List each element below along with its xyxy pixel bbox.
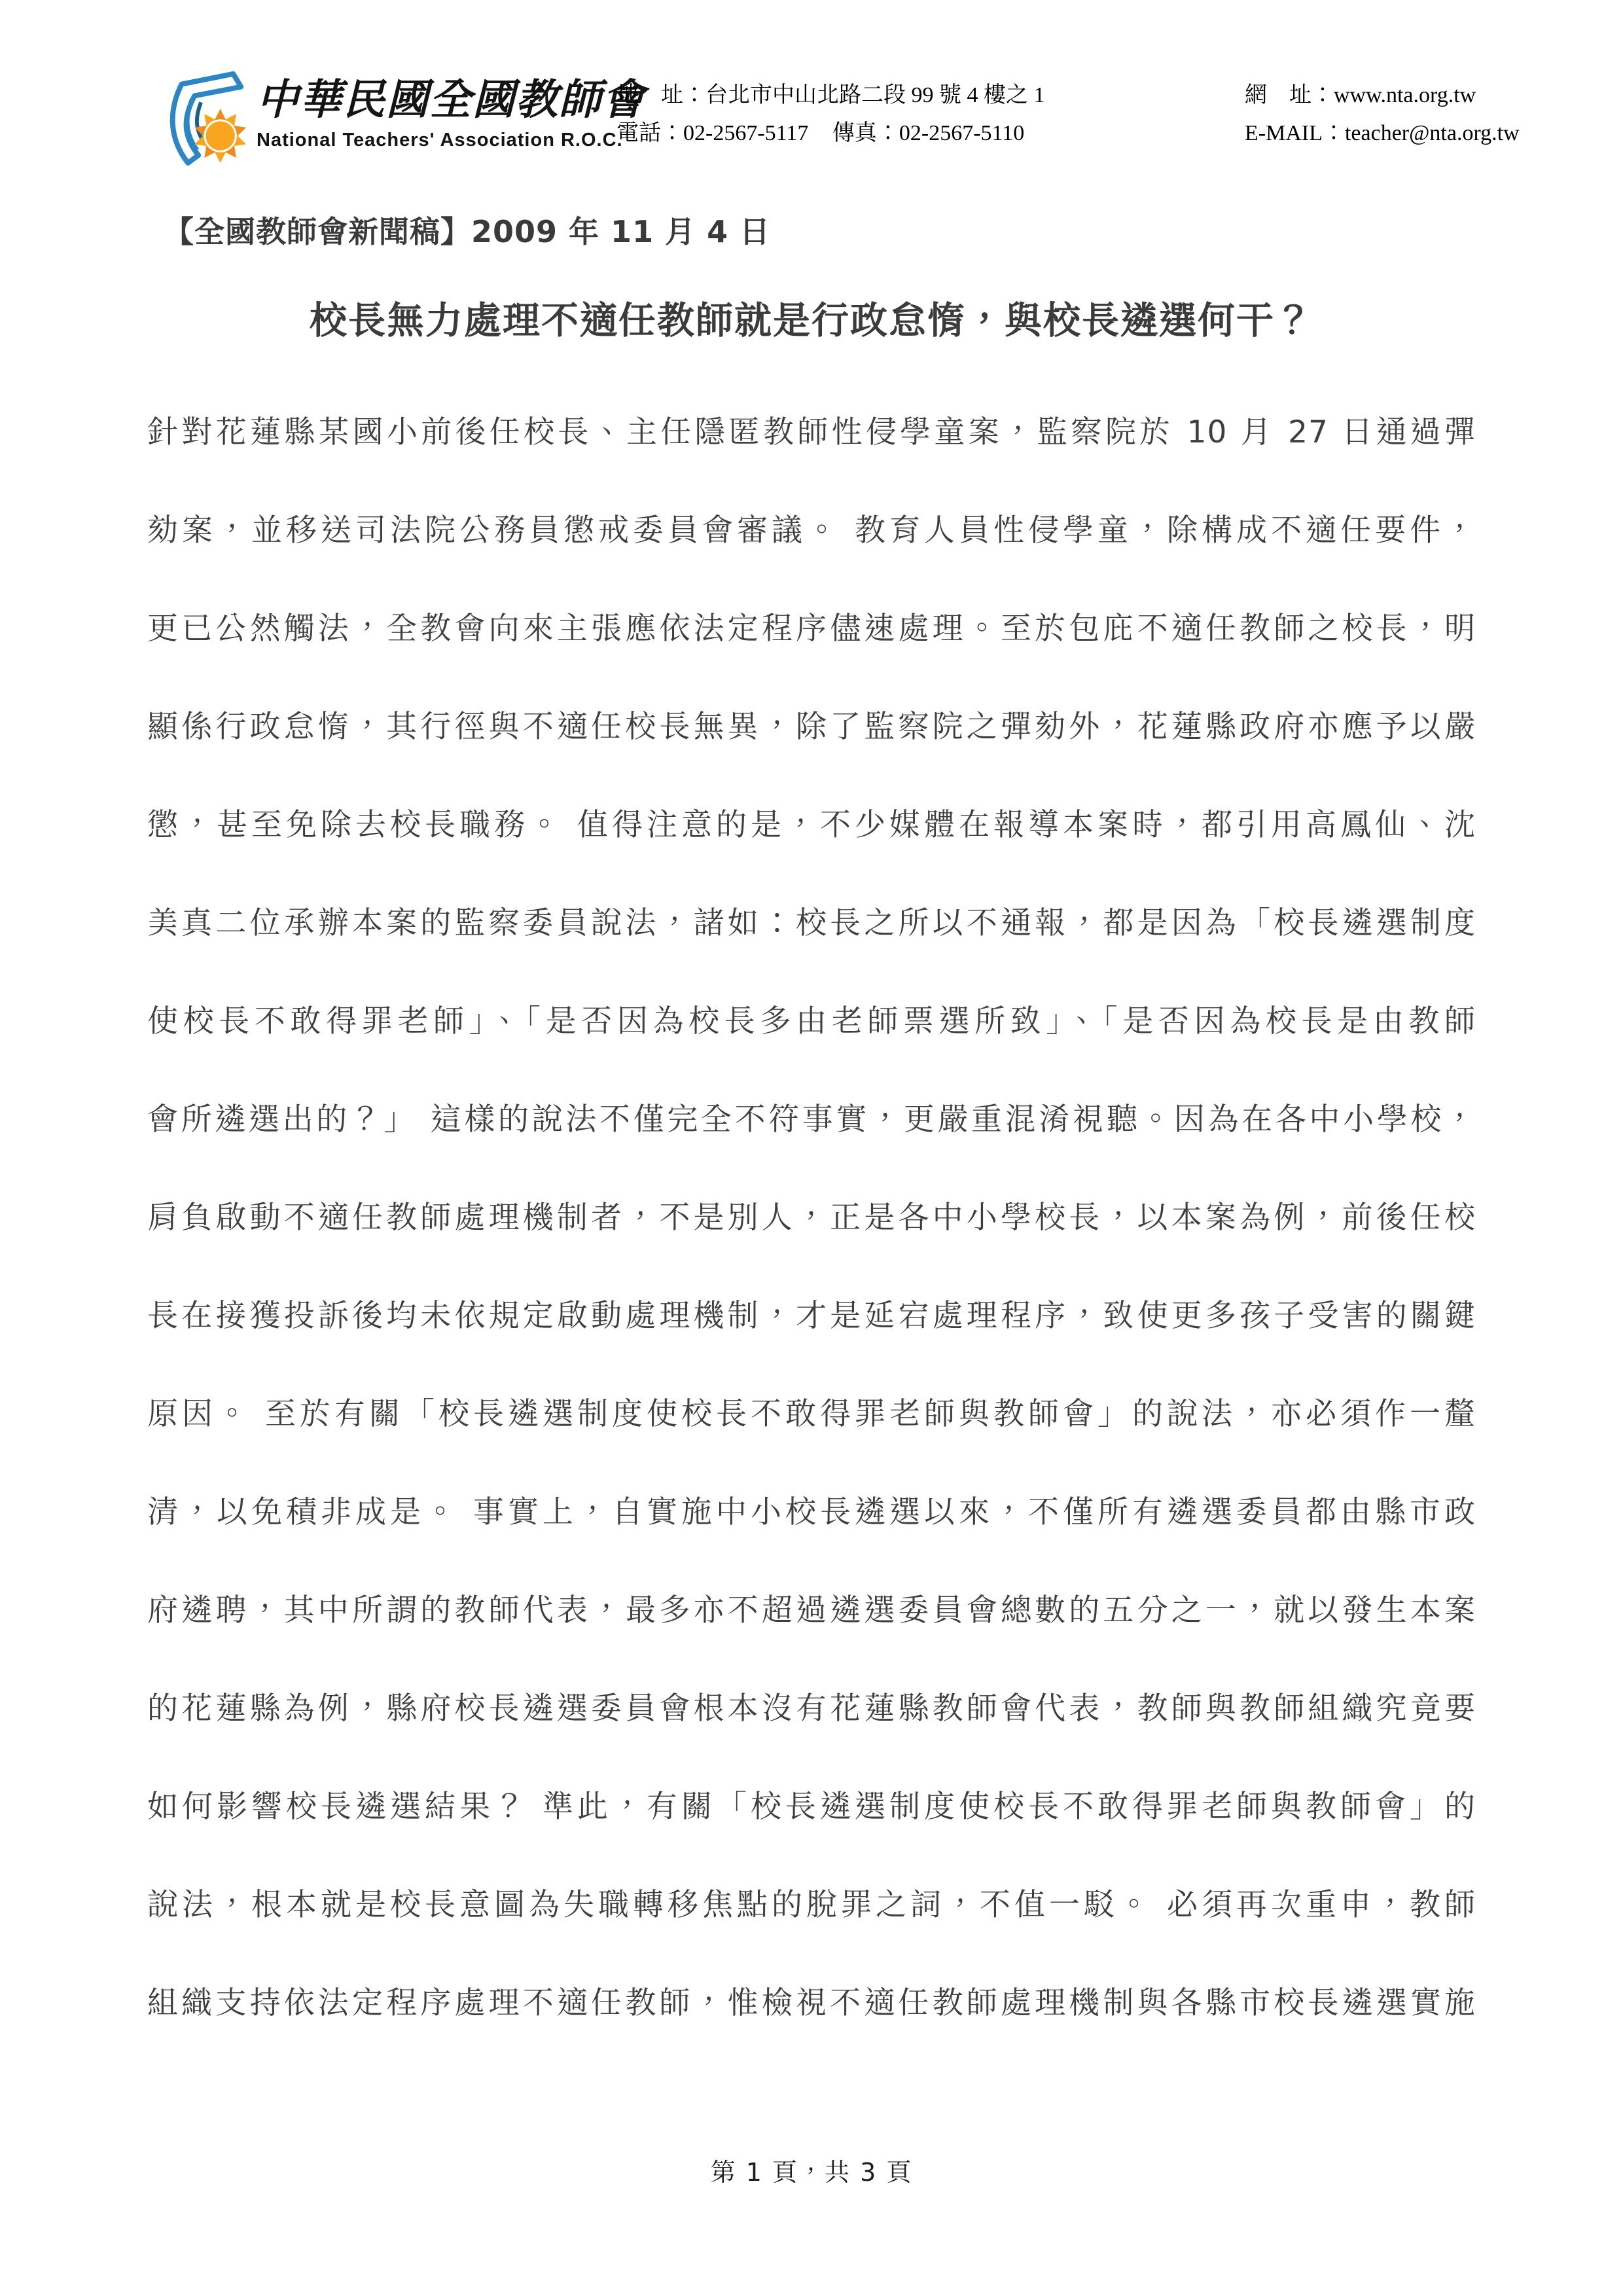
- contact-info: 地 址：台北市中山北路二段 99 號 4 樓之 1 網 址：www.nta.or…: [616, 81, 1520, 148]
- body-line: 針對花蓮縣某國小前後任校長、主任隱匿教師性侵學童案，監察院於 10 月 27 日…: [147, 384, 1476, 482]
- body-line: 美真二位承辦本案的監察委員說法，諸如：校長之所以不通報，都是因為「校長遴選制度: [147, 874, 1476, 973]
- body-line: 顯係行政怠惰，其行徑與不適任校長無異，除了監察院之彈劾外，花蓮縣政府亦應予以嚴: [147, 678, 1476, 776]
- nta-logo-mark-icon: [156, 63, 253, 169]
- body-line: 的花蓮縣為例，縣府校長遴選委員會根本沒有花蓮縣教師會代表，教師與教師組織究竟要: [147, 1660, 1476, 1758]
- page-title: 校長無力處理不適任教師就是行政怠惰，與校長遴選何干？: [79, 291, 1544, 344]
- release-tag: 【全國教師會新聞稿】2009 年 11 月 4 日: [164, 208, 770, 251]
- body-line: 使校長不敢得罪老師」、「是否因為校長多由老師票選所致」、「是否因為校長是由教師: [147, 973, 1476, 1071]
- body-line: 說法，根本就是校長意圖為失職轉移焦點的脫罪之詞，不值一駁。 必須再次重申，教師: [147, 1856, 1476, 1954]
- email-value: teacher@nta.org.tw: [1345, 121, 1520, 145]
- body-line: 肩負啟動不適任教師處理機制者，不是別人，正是各中小學校長，以本案為例，前後任校: [147, 1169, 1476, 1267]
- contact-address: 地 址：台北市中山北路二段 99 號 4 樓之 1: [616, 81, 1225, 110]
- body-line: 如何影響校長遴選結果？ 準此，有關「校長遴選制度使校長不敢得罪老師與教師會」的: [147, 1758, 1476, 1856]
- body-line: 原因。 至於有關「校長遴選制度使校長不敢得罪老師與教師會」的說法，亦必須作一釐: [147, 1365, 1476, 1463]
- body-line: 長在接獲投訴後均未依規定啟動處理機制，才是延宕處理程序，致使更多孩子受害的關鍵: [147, 1267, 1476, 1365]
- email-label: E-MAIL：: [1245, 121, 1345, 145]
- phone-value: 02-2567-5117: [683, 121, 808, 145]
- contact-phone-fax: 電話：02-2567-5117 傳真：02-2567-5110: [616, 119, 1225, 148]
- org-name-zh: 中華民國全國教師會: [257, 75, 645, 126]
- contact-web: 網 址：www.nta.org.tw: [1245, 81, 1520, 110]
- press-release-page: 中華民國全國教師會 National Teachers' Association…: [0, 0, 1623, 2296]
- body-line: 會所遴選出的？」 這樣的說法不僅完全不符事實，更嚴重混淆視聽。因為在各中小學校，: [147, 1071, 1476, 1169]
- phone-label: 電話：: [616, 121, 683, 145]
- org-names: 中華民國全國教師會 National Teachers' Association…: [257, 63, 645, 151]
- fax-label: 傳真：: [832, 121, 899, 145]
- body-text: 針對花蓮縣某國小前後任校長、主任隱匿教師性侵學童案，監察院於 10 月 27 日…: [147, 384, 1476, 2053]
- org-name-en: National Teachers' Association R.O.C.: [257, 130, 645, 151]
- body-line: 清，以免積非成是。 事實上，自實施中小校長遴選以來，不僅所有遴選委員都由縣市政: [147, 1463, 1476, 1562]
- web-value: www.nta.org.tw: [1334, 83, 1476, 107]
- nta-logo: 中華民國全國教師會 National Teachers' Association…: [156, 63, 601, 169]
- body-line: 劾案，並移送司法院公務員懲戒委員會審議。 教育人員性侵學童，除構成不適任要件，: [147, 482, 1476, 580]
- address-value: 台北市中山北路二段 99 號 4 樓之 1: [705, 83, 1045, 107]
- page-number: 第 1 頁，共 3 頁: [0, 2152, 1623, 2188]
- body-line: 府遴聘，其中所謂的教師代表，最多亦不超過遴選委員會總數的五分之一，就以發生本案: [147, 1562, 1476, 1660]
- fax-value: 02-2567-5110: [899, 121, 1024, 145]
- contact-email: E-MAIL：teacher@nta.org.tw: [1245, 119, 1520, 148]
- web-label: 網 址：: [1245, 83, 1334, 107]
- body-line: 組織支持依法定程序處理不適任教師，惟檢視不適任教師處理機制與各縣市校長遴選實施: [147, 1954, 1476, 2053]
- body-line: 更已公然觸法，全教會向來主張應依法定程序儘速處理。至於包庇不適任教師之校長，明: [147, 580, 1476, 678]
- address-label: 地 址：: [616, 83, 705, 107]
- letterhead: 中華民國全國教師會 National Teachers' Association…: [156, 63, 1466, 169]
- body-line: 懲，甚至免除去校長職務。 值得注意的是，不少媒體在報導本案時，都引用高鳳仙、沈: [147, 776, 1476, 874]
